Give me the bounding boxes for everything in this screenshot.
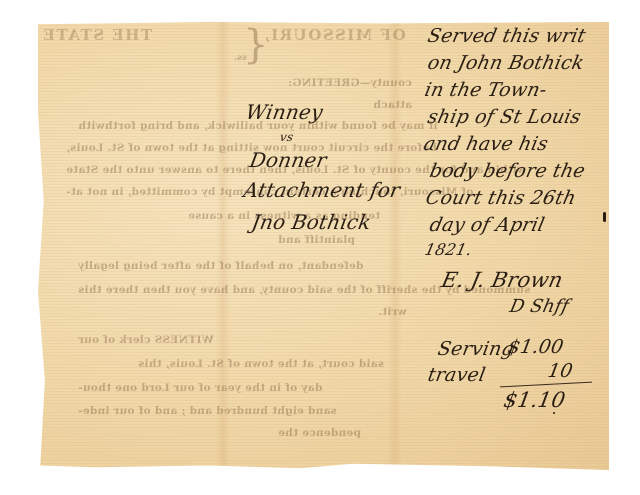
return-line: and have his [422, 133, 551, 155]
caption-action: Attachment for [242, 178, 402, 202]
bleed-line: sand eight hundred and ; and of our inde… [78, 405, 337, 417]
bleed-line: pendence the [278, 427, 361, 439]
bleed-line: plaintiff and [278, 234, 355, 246]
caption-plaintiff: Winney [244, 100, 325, 124]
return-line: Served this writ [426, 25, 588, 47]
return-line: body before the [428, 160, 588, 182]
bleed-line: writ. [378, 306, 407, 318]
return-line: day of April [428, 214, 547, 236]
signature: E. J. Brown [439, 268, 565, 292]
ink-mark [603, 212, 606, 222]
fold-line [388, 22, 402, 470]
fee-amount: $1.00 [506, 336, 565, 358]
bleed-title-left: THE STATE [42, 26, 152, 44]
signature-title: D Shff [508, 296, 571, 317]
bleed-line: defendant, on behalf of the after being … [78, 260, 363, 272]
fold-line [216, 22, 230, 470]
return-line: Court this 26th [424, 187, 578, 209]
bleed-title-right: OF MISSOURI, [263, 26, 406, 44]
fee-label: travel [426, 364, 487, 386]
return-line: on John Bothick [426, 52, 586, 74]
bleed-line: day of in the year of our Lord one thou- [78, 382, 322, 394]
caption-defendant: Donner [248, 148, 329, 172]
caption-respondent: Jno Bothick [250, 210, 373, 234]
ink-speck [553, 412, 555, 414]
caption-versus: vs [279, 130, 295, 144]
fee-amount: 10 [546, 360, 574, 382]
fee-label: Serving [436, 338, 516, 360]
bleed-line: said court, at the town of St. Louis, th… [138, 358, 384, 370]
return-line: in the Town- [423, 79, 549, 101]
bleed-brace-label: ss. [234, 52, 247, 62]
return-line: ship of St Louis [426, 106, 583, 128]
bleed-line: WITNESS clerk of our [78, 334, 214, 346]
fee-total: $1.10 [502, 388, 567, 412]
bleed-line: county—GREETING: [288, 77, 412, 89]
bleed-line: attach [373, 99, 412, 111]
brace-icon: } [243, 22, 268, 68]
return-date-year: 1821. [423, 240, 474, 259]
